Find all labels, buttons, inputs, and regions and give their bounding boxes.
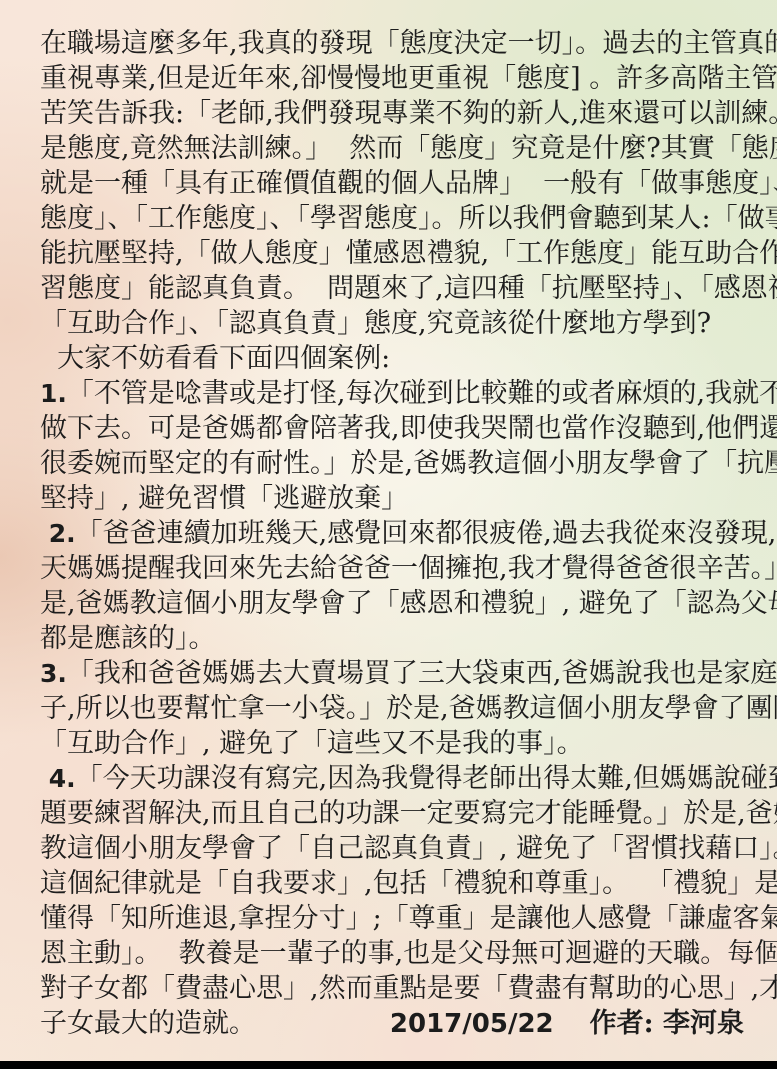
text-line: 4.「今天功課沒有寫完,因為我覺得老師出得太難,但媽媽說碰到難 bbox=[40, 761, 744, 796]
closing-text: 子女最大的造就。 bbox=[40, 1006, 256, 1041]
text-line: 很委婉而堅定的有耐性。」於是,爸媽教這個小朋友學會了「抗壓和 bbox=[40, 446, 744, 481]
article-text: 在職場這麼多年,我真的發現「態度決定一切」。過去的主管真的非常重視專業,但是近年… bbox=[40, 26, 744, 1042]
text-line: 態度」、「工作態度」、「學習態度」。所以我們會聽到某人:「做事態度」 bbox=[40, 201, 744, 236]
case-number: 2. bbox=[40, 519, 76, 548]
author-text: 作者: 李河泉 bbox=[590, 1006, 744, 1041]
line-text: 教這個小朋友學會了「自己認真負責」, 避免了「習慣找藉口」。 bbox=[40, 833, 777, 864]
bottom-border-bar bbox=[0, 1061, 777, 1069]
line-text: 都是應該的」。 bbox=[40, 623, 216, 654]
line-text: 做下去。可是爸媽都會陪著我,即使我哭鬧也當作沒聽到,他們還是 bbox=[40, 413, 777, 444]
lines-container: 在職場這麼多年,我真的發現「態度決定一切」。過去的主管真的非常重視專業,但是近年… bbox=[40, 26, 744, 1006]
text-line: 是態度,竟然無法訓練。」 然而「態度」究竟是什麼?其實「態度」 bbox=[40, 131, 744, 166]
line-text: 習態度」能認真負責。 問題來了,這四種「抗壓堅持」、「感恩禮貌」、 bbox=[40, 273, 777, 304]
text-line: 2.「爸爸連續加班幾天,感覺回來都很疲倦,過去我從來沒發現,今 bbox=[40, 516, 744, 551]
line-text: 天媽媽提醒我回來先去給爸爸一個擁抱,我才覺得爸爸很辛苦。」於 bbox=[40, 553, 777, 584]
line-text: 這個紀律就是「自我要求」,包括「禮貌和尊重」。 「禮貌」是讓自己 bbox=[40, 868, 777, 899]
text-line: 「互助合作」, 避免了「這些又不是我的事」。 bbox=[40, 726, 744, 761]
line-text: 對子女都「費盡心思」,然而重點是要「費盡有幫助的心思」,才是對 bbox=[40, 973, 777, 1004]
line-text: 懂得「知所進退,拿捏分寸」;「尊重」是讓他人感覺「謙虛客氣,感 bbox=[40, 903, 777, 934]
text-line: 天媽媽提醒我回來先去給爸爸一個擁抱,我才覺得爸爸很辛苦。」於 bbox=[40, 551, 744, 586]
line-text: 大家不妨看看下面四個案例: bbox=[40, 343, 390, 374]
text-line: 子,所以也要幫忙拿一小袋。」於是,爸媽教這個小朋友學會了團隊 bbox=[40, 691, 744, 726]
text-line: 懂得「知所進退,拿捏分寸」;「尊重」是讓他人感覺「謙虛客氣,感 bbox=[40, 901, 744, 936]
text-line: 題要練習解決,而且自己的功課一定要寫完才能睡覺。」於是,爸媽 bbox=[40, 796, 744, 831]
line-text: 在職場這麼多年,我真的發現「態度決定一切」。過去的主管真的非常 bbox=[40, 28, 777, 59]
text-line: 就是一種「具有正確價值觀的個人品牌」 一般有「做事態度」、「做人 bbox=[40, 166, 744, 201]
text-line: 習態度」能認真負責。 問題來了,這四種「抗壓堅持」、「感恩禮貌」、 bbox=[40, 271, 744, 306]
footer-line: 子女最大的造就。 2017/05/22 作者: 李河泉 bbox=[40, 1006, 744, 1042]
text-line: 「互助合作」、「認真負責」態度,究竟該從什麼地方學到? bbox=[40, 306, 744, 341]
text-line: 重視專業,但是近年來,卻慢慢地更重視「態度] 。許多高階主管甚至 bbox=[40, 61, 744, 96]
line-text: 題要練習解決,而且自己的功課一定要寫完才能睡覺。」於是,爸媽 bbox=[40, 798, 777, 829]
line-text: 「今天功課沒有寫完,因為我覺得老師出得太難,但媽媽說碰到難 bbox=[76, 763, 777, 794]
case-number: 1. bbox=[40, 379, 67, 408]
text-line: 堅持」, 避免習慣「逃避放棄」 bbox=[40, 481, 744, 516]
case-number: 3. bbox=[40, 659, 67, 688]
line-text: 苦笑告訴我:「老師,我們發現專業不夠的新人,進來還可以訓練。但 bbox=[40, 98, 777, 129]
line-text: 「我和爸爸媽媽去大賣場買了三大袋東西,爸媽說我也是家庭的一分 bbox=[67, 658, 777, 689]
text-line: 這個紀律就是「自我要求」,包括「禮貌和尊重」。 「禮貌」是讓自己 bbox=[40, 866, 744, 901]
line-text: 是態度,竟然無法訓練。」 然而「態度」究竟是什麼?其實「態度」 bbox=[40, 133, 777, 164]
text-line: 能抗壓堅持,「做人態度」懂感恩禮貌,「工作態度」能互助合作,「學 bbox=[40, 236, 744, 271]
text-line: 在職場這麼多年,我真的發現「態度決定一切」。過去的主管真的非常 bbox=[40, 26, 744, 61]
line-text: 「不管是唸書或是打怪,每次碰到比較難的或者麻煩的,我就不想再 bbox=[67, 378, 777, 409]
line-text: 恩主動」。 教養是一輩子的事,也是父母無可迴避的天職。每個父母 bbox=[40, 938, 777, 969]
line-text: 就是一種「具有正確價值觀的個人品牌」 一般有「做事態度」、「做人 bbox=[40, 168, 777, 199]
text-line: 3.「我和爸爸媽媽去大賣場買了三大袋東西,爸媽說我也是家庭的一分 bbox=[40, 656, 744, 691]
text-line: 做下去。可是爸媽都會陪著我,即使我哭鬧也當作沒聽到,他們還是 bbox=[40, 411, 744, 446]
line-text: 堅持」, 避免習慣「逃避放棄」 bbox=[40, 483, 408, 514]
line-text: 「爸爸連續加班幾天,感覺回來都很疲倦,過去我從來沒發現,今 bbox=[76, 518, 777, 549]
text-line: 對子女都「費盡心思」,然而重點是要「費盡有幫助的心思」,才是對 bbox=[40, 971, 744, 1006]
line-text: 重視專業,但是近年來,卻慢慢地更重視「態度] 。許多高階主管甚至 bbox=[40, 63, 777, 94]
line-text: 子,所以也要幫忙拿一小袋。」於是,爸媽教這個小朋友學會了團隊 bbox=[40, 693, 777, 724]
slide-page: 在職場這麼多年,我真的發現「態度決定一切」。過去的主管真的非常重視專業,但是近年… bbox=[0, 0, 777, 1069]
line-text: 「互助合作」, 避免了「這些又不是我的事」。 bbox=[40, 728, 584, 759]
text-line: 1.「不管是唸書或是打怪,每次碰到比較難的或者麻煩的,我就不想再 bbox=[40, 376, 744, 411]
line-text: 「互助合作」、「認真負責」態度,究竟該從什麼地方學到? bbox=[40, 308, 711, 339]
line-text: 態度」、「工作態度」、「學習態度」。所以我們會聽到某人:「做事態度」 bbox=[40, 203, 777, 234]
line-text: 能抗壓堅持,「做人態度」懂感恩禮貌,「工作態度」能互助合作,「學 bbox=[40, 238, 777, 269]
text-line: 是,爸媽教這個小朋友學會了「感恩和禮貌」, 避免了「認為父母做的 bbox=[40, 586, 744, 621]
text-line: 大家不妨看看下面四個案例: bbox=[40, 341, 744, 376]
text-line: 都是應該的」。 bbox=[40, 621, 744, 656]
text-line: 苦笑告訴我:「老師,我們發現專業不夠的新人,進來還可以訓練。但 bbox=[40, 96, 744, 131]
text-line: 恩主動」。 教養是一輩子的事,也是父母無可迴避的天職。每個父母 bbox=[40, 936, 744, 971]
line-text: 是,爸媽教這個小朋友學會了「感恩和禮貌」, 避免了「認為父母做的 bbox=[40, 588, 777, 619]
text-line: 教這個小朋友學會了「自己認真負責」, 避免了「習慣找藉口」。 bbox=[40, 831, 744, 866]
case-number: 4. bbox=[40, 764, 76, 793]
date-text: 2017/05/22 bbox=[390, 1007, 554, 1042]
line-text: 很委婉而堅定的有耐性。」於是,爸媽教這個小朋友學會了「抗壓和 bbox=[40, 448, 777, 479]
